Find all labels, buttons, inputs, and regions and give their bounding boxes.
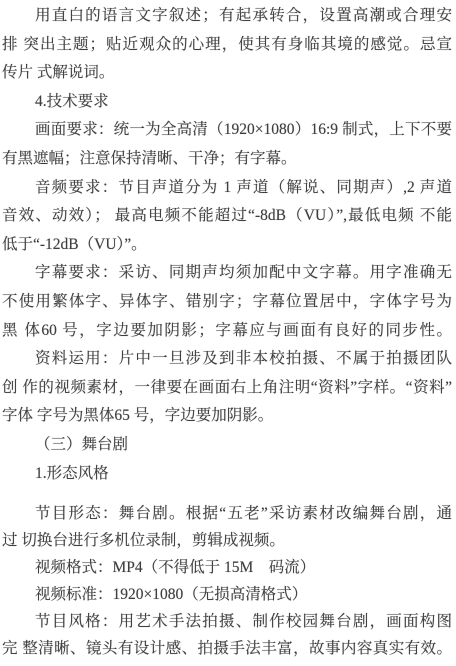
doc-line-video-standard: 视频标准：1920×1080（无损高清格式） <box>2 581 452 608</box>
doc-line: 音频要求：节目声道分为 1 声道（解说、同期声）,2 声道（音 乐、 <box>2 174 452 203</box>
doc-heading-stage-play: （三）舞台剧 <box>2 431 452 460</box>
doc-heading-form-style: 1.形态风格 <box>2 460 452 489</box>
doc-line: 过 切换台进行多机位录制，剪辑成视频。 <box>2 527 452 554</box>
doc-line: 用直白的语言文字叙述；有起承转合，设置高潮或合理安 <box>2 2 452 31</box>
doc-line: 音效、动效）； 最高电频不能超过“-8dB（VU）”,最低电频 不能 <box>2 202 452 231</box>
document-page: 用直白的语言文字叙述；有起承转合，设置高潮或合理安 排 突出主题；贴近观众的心理… <box>0 0 456 662</box>
doc-line: 资料运用：片中一旦涉及到非本校拍摄、不属于拍摄团队 <box>2 345 452 374</box>
doc-line: 有黑遮幅；注意保持清晰、干净；有字幕。 <box>2 145 452 174</box>
doc-line: 传片 式解说词。 <box>2 59 452 88</box>
doc-line: 排 突出主题；贴近观众的心理，使其有身临其境的感觉。忌宣 <box>2 31 452 60</box>
doc-line: 节目形态：舞台剧。根据“五老”采访素材改编舞台剧，通 <box>2 500 452 527</box>
doc-line: 字幕要求：采访、同期声均须加配中文字幕。用字准确无误， <box>2 259 452 288</box>
doc-heading-tech-requirements: 4.技术要求 <box>2 88 452 117</box>
doc-line: 黑 体60 号，字边要加阴影；字幕应与画面有良好的同步性。 <box>2 317 452 346</box>
doc-line: 字体 字号为黑体65 号，字边要加阴影。 <box>2 402 452 431</box>
doc-line: 完 整清晰、镜头有设计感、拍摄手法丰富，故事内容真实有效。 <box>2 635 452 662</box>
doc-line: 创 作的视频素材，一律要在画面右上角注明“资料”字样。“资料” <box>2 374 452 403</box>
doc-line: 不使用繁体字、异体字、错别字；字幕位置居中，字体字号为 <box>2 288 452 317</box>
doc-line: 节目风格：用艺术手法拍摄、制作校园舞台剧，画面构图 <box>2 608 452 635</box>
doc-line-video-format: 视频格式：MP4（不得低于 15M 码流） <box>2 554 452 581</box>
doc-line: 低于“-12dB（VU）”。 <box>2 231 452 260</box>
doc-line: 画面要求：统一为全高清（1920×1080）16:9 制式，上下不要 <box>2 116 452 145</box>
